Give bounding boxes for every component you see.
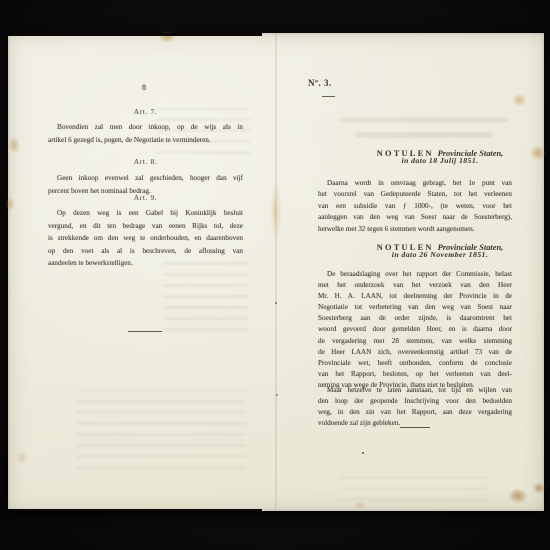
bleedthrough-line [355,132,493,138]
ink-speck [362,452,364,454]
text-line: De beraadslaging over het rapport der Co… [318,269,512,280]
article-heading-8: Art. 8. [48,157,243,166]
text-line: Soesterberg aan de order zijnde, is daar… [318,313,512,324]
bleedthrough-smudge [338,473,488,501]
foxing-stain [5,196,15,212]
text-line: de vergadering met 28 stemmen, van welke… [318,336,512,347]
paragraph-minutes-1: Daarna wordt in omvraag gebragt, het 1e … [318,178,512,235]
text-line: aandeelen te bewerkstelligen. [48,257,243,270]
foxing-stain [354,501,366,510]
text-line: den loop der geopende Inschrijving voor … [318,396,512,407]
article-heading-7: Art. 7. [48,107,243,116]
text-line: is strekkende om den weg te onderhouden,… [48,232,243,245]
page-fold-crease [275,33,278,511]
paragraph-art9: Op dezen weg is een Gabel bij Koninklijk… [48,207,243,270]
foxing-stain [8,136,20,154]
bleedthrough-line [340,117,508,123]
text-line: vergund, en dit ten bedrage van eenen Ri… [48,220,243,233]
text-line: Op dezen weg is een Gabel bij Koninklijk… [48,207,243,220]
paper-sheet: 8 Art. 7. Bovendien zal men door inkoop,… [8,33,544,511]
text-line: aanleggen van den weg van Soest naar de … [318,212,512,223]
foxing-stain [16,451,28,465]
foxing-stain [532,482,546,494]
notulen-date-1: in dato 18 Julij 1851. [318,156,512,165]
text-line: woord gevoerd door gemelden Heer, en is … [318,324,512,335]
text-line: met het onderzoek van het verzoek van de… [318,280,512,291]
book-photograph: 8 Art. 7. Bovendien zal men door inkoop,… [0,0,550,550]
section-divider [400,427,430,428]
text-line: Maar hetzelve te laten aanstaan, tot tij… [318,385,512,396]
text-line: Provinciale wet, heeft onthouden, confor… [318,358,512,369]
paragraph-minutes-2: De beraadslaging over het rapport der Co… [318,269,512,391]
page-number: 8 [126,83,162,92]
text-line: het voorstel van Gedeputeerde Staten, to… [318,189,512,200]
paragraph-art7: Bovendien zal men door inkoop, op de wij… [48,121,243,146]
text-line: Mr. H. A. LAAN, tot deelneming der Provi… [318,291,512,302]
text-line: van een subsidie van ƒ 1000-, (te weten,… [318,201,512,212]
text-line: Bovendien zal men door inkoop, op de wij… [48,121,243,134]
text-line: artikel 6 gezegd is, pogen, de Negotiati… [48,134,243,147]
article-heading-9: Art. 9. [48,193,243,202]
leaf-edge-step [8,33,262,36]
text-line: op den voet als al is beschreven, de afl… [48,245,243,258]
document-number: Nº. 3. [308,78,332,88]
text-line: van het Rapport, besloten, op het verlee… [318,369,512,380]
foxing-stain [512,93,527,107]
text-line: de Heer LAAN zich, overeenkomstig artike… [318,347,512,358]
paragraph-minutes-3: Maar hetzelve te laten aanstaan, tot tij… [318,385,512,429]
text-line: Daarna wordt in omvraag gebragt, het 1e … [318,178,512,189]
text-line: weg, in den zin van het Rapport, aan dez… [318,407,512,418]
foxing-stain [530,145,546,161]
section-divider [128,331,162,332]
text-line: Geen inkoop evenwel zal geschieden, hoog… [48,172,243,185]
document-number-rule [322,96,335,97]
bleedthrough-smudge [76,391,246,469]
text-line: Negotiatie tot verbetering van den weg v… [318,302,512,313]
text-line: hetwelke met 32 tegen 6 stemmen wordt aa… [318,224,512,235]
foxing-stain [508,488,528,504]
leaf-edge-step [8,509,262,511]
notulen-date-2: in dato 26 November 1851. [318,250,512,259]
